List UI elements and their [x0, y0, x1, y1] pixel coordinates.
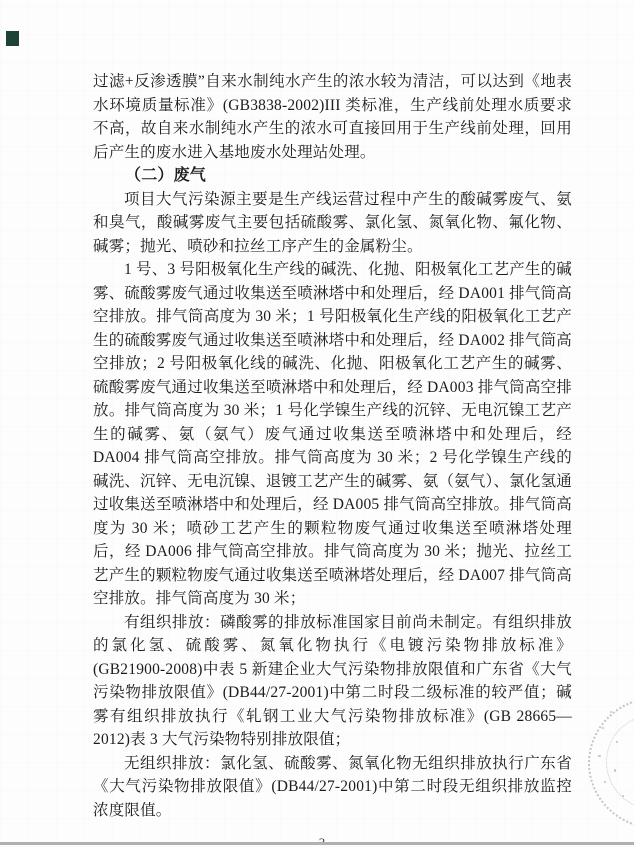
document-page: 过滤+反渗透膜”自来水制纯水产生的浓水较为清洁，可以达到《地表水环境质量标准》(… — [0, 0, 634, 847]
scan-corner-mark — [6, 31, 19, 46]
stamp-speck — [616, 741, 618, 743]
stamp-speck — [622, 795, 624, 797]
stamp-artifact — [588, 697, 634, 833]
paragraph-pollution-sources: 项目大气污染源主要是生产线运营过程中产生的酸碱雾废气、氨和臭气，酸碱雾废气主要包… — [93, 188, 572, 259]
stamp-speck — [614, 769, 616, 772]
paragraph-fugitive-emission-standards: 无组织排放：氯化氢、硫酸雾、氮氧化物无组织排放执行广东省《大气污染物排放限值》(… — [93, 752, 572, 823]
stamp-speck — [610, 711, 612, 713]
document-body: 过滤+反渗透膜”自来水制纯水产生的浓水较为清洁，可以达到《地表水环境质量标准》(… — [93, 70, 572, 822]
section-heading-waste-gas: （二）废气 — [93, 164, 572, 188]
stamp-speck — [604, 781, 606, 783]
paragraph-exhaust-stacks: 1 号、3 号阳极氧化生产线的碱洗、化抛、阳极氧化工艺产生的碱雾、硫酸雾废气通过… — [93, 258, 572, 611]
stamp-speck — [598, 755, 601, 757]
paragraph-wastewater-reuse: 过滤+反渗透膜”自来水制纯水产生的浓水较为清洁，可以达到《地表水环境质量标准》(… — [93, 70, 572, 164]
scan-bottom-edge — [0, 842, 634, 845]
paragraph-organized-emission-standards: 有组织排放：磷酸雾的排放标准国家目前尚未制定。有组织排放的氯化氢、硫酸雾、氮氧化… — [93, 611, 572, 752]
stamp-speck — [602, 727, 604, 729]
